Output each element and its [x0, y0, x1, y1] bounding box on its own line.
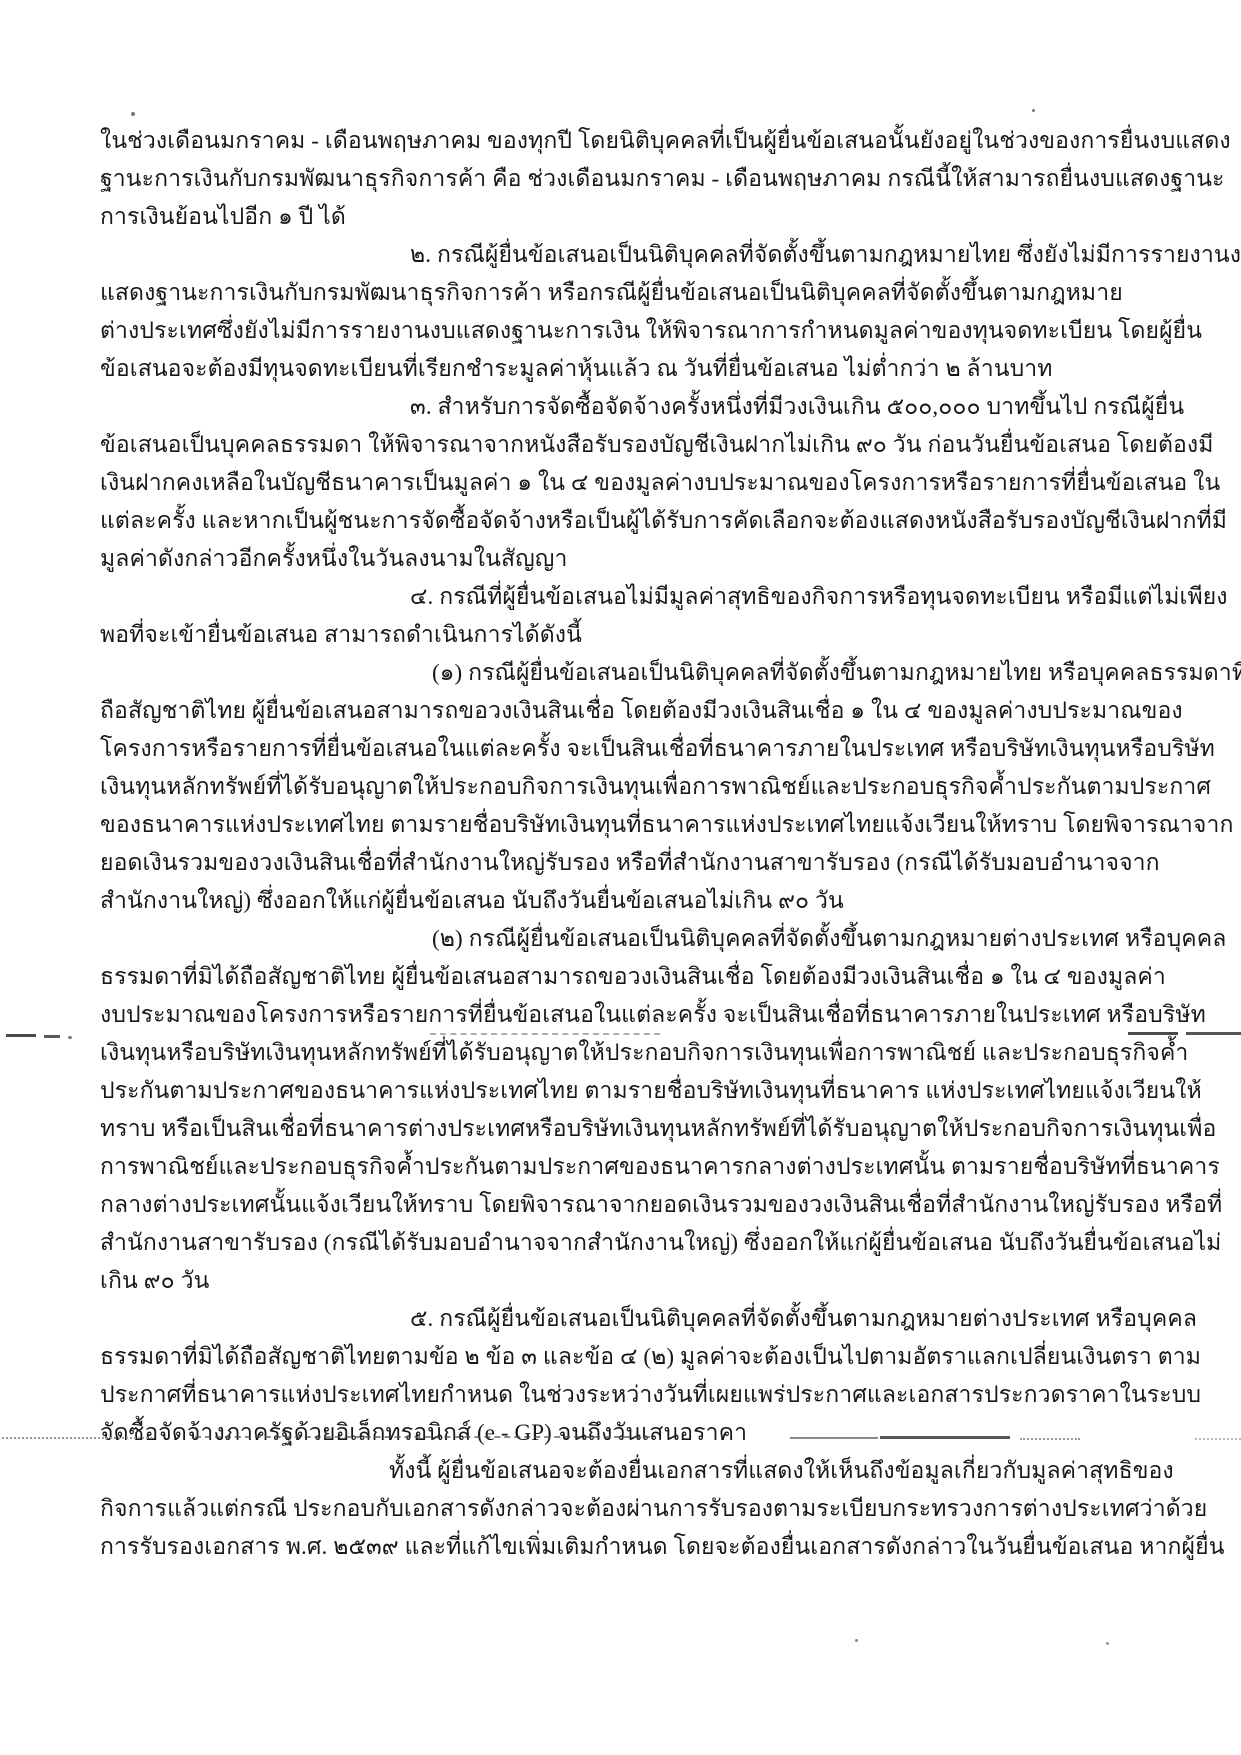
text-line-33: ธรรมดาที่มิได้ถือสัญชาติไทยตามข้อ ๒ ข้อ …: [100, 1338, 1152, 1376]
text-line-30: สำนักงานสาขารับรอง (กรณีได้รับมอบอำนาจจา…: [100, 1224, 1152, 1262]
text-line-7: ข้อเสนอจะต้องมีทุนจดทะเบียนที่เรียกชำระม…: [100, 350, 1152, 388]
text-line-35: จัดซื้อจัดจ้างภาครัฐด้วยอิเล็กทรอนิกส์ (…: [100, 1414, 1152, 1452]
text-line-2: ฐานะการเงินกับกรมพัฒนาธุรกิจการค้า คือ ช…: [100, 160, 1152, 198]
text-line-14: พอที่จะเข้ายื่นข้อเสนอ สามารถดำเนินการได…: [100, 616, 1152, 654]
scan-speck: [1032, 109, 1035, 112]
scan-speck: [68, 1036, 72, 1039]
text-line-18: เงินทุนหลักทรัพย์ที่ได้รับอนุญาตให้ประกอ…: [100, 768, 1152, 806]
text-block: ในช่วงเดือนมกราคม - เดือนพฤษภาคม ของทุกป…: [100, 122, 1152, 1566]
scan-artifact-dash: [6, 1034, 36, 1037]
text-line-10: เงินฝากคงเหลือในบัญชีธนาคารเป็นมูลค่า ๑ …: [100, 464, 1152, 502]
text-line-25: เงินทุนหรือบริษัทเงินทุนหลักทรัพย์ที่ได้…: [100, 1034, 1152, 1072]
text-line-32: ๕. กรณีผู้ยื่นข้อเสนอเป็นนิติบุคคลที่จัด…: [100, 1300, 1152, 1338]
text-line-28: การพาณิชย์และประกอบธุรกิจค้ำประกันตามประ…: [100, 1148, 1152, 1186]
text-line-3: การเงินย้อนไปอีก ๑ ปี ได้: [100, 198, 1152, 236]
text-line-26: ประกันตามประกาศของธนาคารแห่งประเทศไทย ตา…: [100, 1072, 1152, 1110]
text-line-6: ต่างประเทศซึ่งยังไม่มีการรายงานงบแสดงฐาน…: [100, 312, 1152, 350]
text-line-17: โครงการหรือรายการที่ยื่นข้อเสนอในแต่ละคร…: [100, 730, 1152, 768]
text-line-11: แต่ละครั้ง และหากเป็นผู้ชนะการจัดซื้อจัด…: [100, 502, 1152, 540]
text-line-31: เกิน ๙๐ วัน: [100, 1262, 1152, 1300]
text-line-36: ทั้งนี้ ผู้ยื่นข้อเสนอจะต้องยื่นเอกสารที…: [100, 1452, 1152, 1490]
text-line-23: ธรรมดาที่มิได้ถือสัญชาติไทย ผู้ยื่นข้อเส…: [100, 958, 1152, 996]
scan-speck: [855, 1639, 858, 1642]
text-line-13: ๔. กรณีที่ผู้ยื่นข้อเสนอไม่มีมูลค่าสุทธิ…: [100, 578, 1152, 616]
scan-artifact-dash: [44, 1035, 60, 1038]
text-line-12: มูลค่าดังกล่าวอีกครั้งหนึ่งในวันลงนามในส…: [100, 540, 1152, 578]
text-line-20: ยอดเงินรวมของวงเงินสินเชื่อที่สำนักงานให…: [100, 844, 1152, 882]
text-line-29: กลางต่างประเทศนั้นแจ้งเวียนให้ทราบ โดยพิ…: [100, 1186, 1152, 1224]
text-line-8: ๓. สำหรับการจัดซื้อจัดจ้างครั้งหนึ่งที่ม…: [100, 388, 1152, 426]
text-line-37: กิจการแล้วแต่กรณี ประกอบกับเอกสารดังกล่า…: [100, 1490, 1152, 1528]
scan-speck: [131, 112, 135, 116]
scan-speck: [1106, 1642, 1109, 1645]
text-line-34: ประกาศที่ธนาคารแห่งประเทศไทยกำหนด ในช่วง…: [100, 1376, 1152, 1414]
text-line-16: ถือสัญชาติไทย ผู้ยื่นข้อเสนอสามารถขอวงเง…: [100, 692, 1152, 730]
text-line-1: ในช่วงเดือนมกราคม - เดือนพฤษภาคม ของทุกป…: [100, 122, 1152, 160]
scan-artifact-dash: [1195, 1438, 1241, 1440]
text-line-5: แสดงฐานะการเงินกับกรมพัฒนาธุรกิจการค้า ห…: [100, 274, 1152, 312]
scanned-page: ในช่วงเดือนมกราคม - เดือนพฤษภาคม ของทุกป…: [0, 0, 1241, 1755]
text-line-24: งบประมาณของโครงการหรือรายการที่ยื่นข้อเส…: [100, 996, 1152, 1034]
text-line-15: (๑) กรณีผู้ยื่นข้อเสนอเป็นนิติบุคคลที่จั…: [100, 654, 1152, 692]
text-line-22: (๒) กรณีผู้ยื่นข้อเสนอเป็นนิติบุคคลที่จั…: [100, 920, 1152, 958]
text-line-9: ข้อเสนอเป็นบุคคลธรรมดา ให้พิจารณาจากหนัง…: [100, 426, 1152, 464]
text-line-4: ๒. กรณีผู้ยื่นข้อเสนอเป็นนิติบุคคลที่จัด…: [100, 236, 1152, 274]
text-line-21: สำนักงานใหญ่) ซึ่งออกให้แก่ผู้ยื่นข้อเสน…: [100, 882, 1152, 920]
text-line-27: ทราบ หรือเป็นสินเชื่อที่ธนาคารต่างประเทศ…: [100, 1110, 1152, 1148]
text-line-19: ของธนาคารแห่งประเทศไทย ตามรายชื่อบริษัทเ…: [100, 806, 1152, 844]
text-line-38: การรับรองเอกสาร พ.ศ. ๒๕๓๙ และที่แก้ไขเพิ…: [100, 1528, 1152, 1566]
scan-artifact-dash: [1186, 1032, 1241, 1035]
